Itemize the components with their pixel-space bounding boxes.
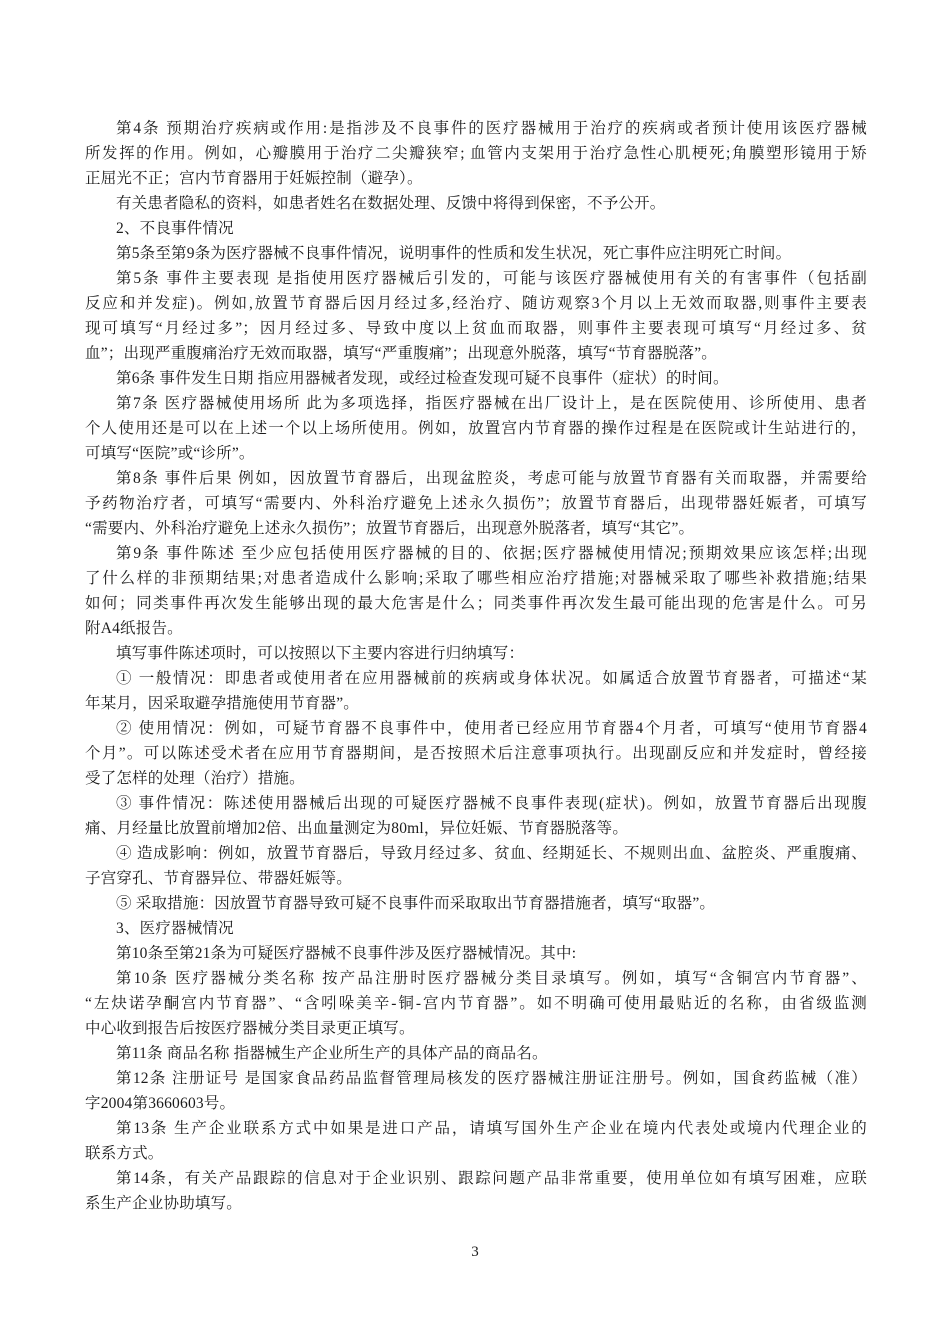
text-line: 血”；出现严重腹痛治疗无效而取器，填写“严重腹痛”；出现意外脱落，填写“节育器脱…: [85, 341, 867, 366]
text-line: 联系方式。: [85, 1141, 867, 1166]
text-line: 第7条 医疗器械使用场所 此为多项选择，指医疗器械在出厂设计上，是在医院使用、诊…: [85, 391, 867, 416]
text-line: ④ 造成影响：例如，放置节育器后，导致月经过多、贫血、经期延长、不规则出血、盆腔…: [85, 841, 867, 866]
text-line: “需要内、外科治疗避免上述永久损伤”；放置节育器后，出现意外脱落者，填写“其它”…: [85, 516, 867, 541]
text-line: 第14条，有关产品跟踪的信息对于企业识别、跟踪问题产品非常重要，使用单位如有填写…: [85, 1166, 867, 1191]
text-line: ② 使用情况：例如，可疑节育器不良事件中，使用者已经应用节育器4个月者，可填写“…: [85, 716, 867, 741]
text-line: 受了怎样的处理（治疗）措施。: [85, 766, 867, 791]
text-line: 个月”。可以陈述受术者在应用节育器期间，是否按照术后注意事项执行。出现副反应和并…: [85, 741, 867, 766]
text-line: 第10条 医疗器械分类名称 按产品注册时医疗器械分类目录填写。例如，填写“含铜宫…: [85, 966, 867, 991]
text-line: ③ 事件情况：陈述使用器械后出现的可疑医疗器械不良事件表现(症状)。例如，放置节…: [85, 791, 867, 816]
document-page: 第4条 预期治疗疾病或作用:是指涉及不良事件的医疗器械用于治疗的疾病或者预计使用…: [0, 0, 950, 1344]
text-line: 第6条 事件发生日期 指应用器械者发现，或经过检查发现可疑不良事件（症状）的时间…: [85, 366, 867, 391]
text-line: 第13条 生产企业联系方式中如果是进口产品，请填写国外生产企业在境内代表处或境内…: [85, 1116, 867, 1141]
text-line: 第5条 事件主要表现 是指使用医疗器械后引发的，可能与该医疗器械使用有关的有害事…: [85, 266, 867, 291]
text-line: 第9条 事件陈述 至少应包括使用医疗器械的目的、依据;医疗器械使用情况;预期效果…: [85, 541, 867, 566]
text-line: 2、不良事件情况: [85, 216, 867, 241]
page-number: 3: [0, 1242, 950, 1262]
text-line: 个人使用还是可以在上述一个以上场所使用。例如，放置宫内节育器的操作过程是在医院或…: [85, 416, 867, 441]
document-body: 第4条 预期治疗疾病或作用:是指涉及不良事件的医疗器械用于治疗的疾病或者预计使用…: [85, 116, 867, 1216]
text-line: 附A4纸报告。: [85, 616, 867, 641]
text-line: 可填写“医院”或“诊所”。: [85, 441, 867, 466]
text-line: 第12条 注册证号 是国家食品药品监督管理局核发的医疗器械注册证注册号。例如，国…: [85, 1066, 867, 1091]
text-line: ① 一般情况：即患者或使用者在应用器械前的疾病或身体状况。如属适合放置节育器者，…: [85, 666, 867, 691]
text-line: ⑤ 采取措施：因放置节育器导致可疑不良事件而采取取出节育器措施者，填写“取器”。: [85, 891, 867, 916]
text-line: 字2004第3660603号。: [85, 1091, 867, 1116]
text-line: 有关患者隐私的资料，如患者姓名在数据处理、反馈中将得到保密，不予公开。: [85, 191, 867, 216]
text-line: 第10条至第21条为可疑医疗器械不良事件涉及医疗器械情况。其中:: [85, 941, 867, 966]
text-line: “左炔诺孕酮宫内节育器”、“含吲哚美辛-铜-宫内节育器”。如不明确可使用最贴近的…: [85, 991, 867, 1016]
text-line: 现可填写“月经过多”；因月经过多、导致中度以上贫血而取器，则事件主要表现可填写“…: [85, 316, 867, 341]
text-line: 了什么样的非预期结果;对患者造成什么影响;采取了哪些相应治疗措施;对器械采取了哪…: [85, 566, 867, 591]
text-line: 3、医疗器械情况: [85, 916, 867, 941]
text-line: 第4条 预期治疗疾病或作用:是指涉及不良事件的医疗器械用于治疗的疾病或者预计使用…: [85, 116, 867, 141]
text-line: 正屈光不正；宫内节育器用于妊娠控制（避孕）。: [85, 166, 867, 191]
text-line: 如何；同类事件再次发生能够出现的最大危害是什么；同类事件再次发生最可能出现的危害…: [85, 591, 867, 616]
text-line: 痛、月经量比放置前增加2倍、出血量测定为80ml，异位妊娠、节育器脱落等。: [85, 816, 867, 841]
text-line: 所发挥的作用。例如，心瓣膜用于治疗二尖瓣狭窄; 血管内支架用于治疗急性心肌梗死;…: [85, 141, 867, 166]
text-line: 子宫穿孔、节育器异位、带器妊娠等。: [85, 866, 867, 891]
text-line: 填写事件陈述项时，可以按照以下主要内容进行归纳填写：: [85, 641, 867, 666]
text-line: 年某月，因采取避孕措施使用节育器”。: [85, 691, 867, 716]
text-line: 反应和并发症)。例如,放置节育器后因月经过多,经治疗、随访观察3个月以上无效而取…: [85, 291, 867, 316]
text-line: 中心收到报告后按医疗器械分类目录更正填写。: [85, 1016, 867, 1041]
text-line: 予药物治疗者，可填写“需要内、外科治疗避免上述永久损伤”；放置节育器后，出现带器…: [85, 491, 867, 516]
text-line: 第8条 事件后果 例如，因放置节育器后，出现盆腔炎，考虑可能与放置节育器有关而取…: [85, 466, 867, 491]
text-line: 第5条至第9条为医疗器械不良事件情况，说明事件的性质和发生状况，死亡事件应注明死…: [85, 241, 867, 266]
text-line: 第11条 商品名称 指器械生产企业所生产的具体产品的商品名。: [85, 1041, 867, 1066]
text-line: 系生产企业协助填写。: [85, 1191, 867, 1216]
